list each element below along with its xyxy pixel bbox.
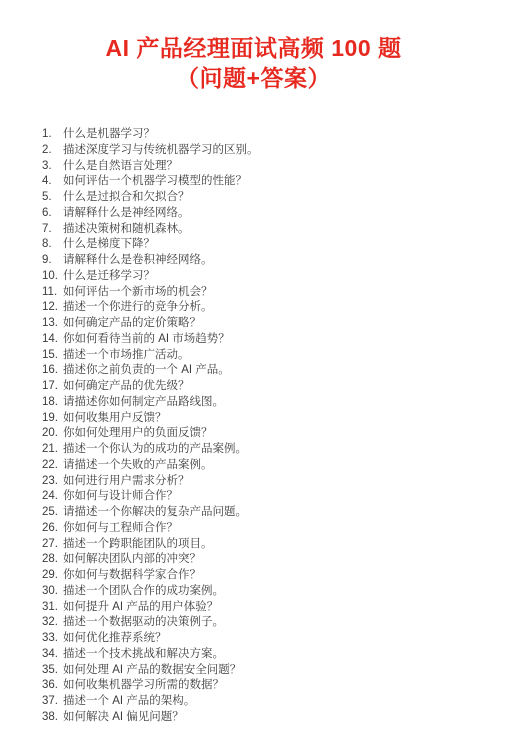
question-item: 18. 请描述你如何制定产品路线图。 — [42, 395, 507, 411]
question-item: 2. 描述深度学习与传统机器学习的区别。 — [42, 143, 507, 159]
question-text: 你如何与数据科学家合作？ — [63, 568, 507, 584]
question-number: 23. — [42, 474, 63, 490]
question-number: 3. — [42, 159, 63, 175]
question-item: 38. 如何解决 AI 偏见问题？ — [42, 710, 507, 726]
question-number: 21. — [42, 442, 63, 458]
document-title-line1: AI 产品经理面试高频 100 题 — [0, 33, 507, 63]
question-item: 37. 描述一个 AI 产品的架构。 — [42, 694, 507, 710]
question-text: 描述一个跨职能团队的项目。 — [63, 537, 507, 553]
question-number: 24. — [42, 489, 63, 505]
question-text: 如何处理 AI 产品的数据安全问题？ — [63, 663, 507, 679]
question-number: 5. — [42, 190, 63, 206]
question-number: 33. — [42, 631, 63, 647]
question-text: 描述一个 AI 产品的架构。 — [63, 694, 507, 710]
question-number: 27. — [42, 537, 63, 553]
question-text: 什么是机器学习？ — [63, 127, 507, 143]
question-item: 23. 如何进行用户需求分析？ — [42, 474, 507, 490]
question-item: 11. 如何评估一个新市场的机会？ — [42, 285, 507, 301]
question-number: 22. — [42, 458, 63, 474]
question-text: 请描述一个你解决的复杂产品问题。 — [63, 505, 507, 521]
question-text: 如何解决 AI 偏见问题？ — [63, 710, 507, 726]
question-text: 描述一个市场推广活动。 — [63, 348, 507, 364]
question-number: 14. — [42, 332, 63, 348]
question-number: 19. — [42, 411, 63, 427]
question-text: 如何评估一个机器学习模型的性能？ — [63, 174, 507, 190]
question-item: 24. 你如何与设计师合作？ — [42, 489, 507, 505]
question-item: 13. 如何确定产品的定价策略？ — [42, 316, 507, 332]
question-number: 8. — [42, 237, 63, 253]
question-number: 29. — [42, 568, 63, 584]
question-text: 如何进行用户需求分析？ — [63, 474, 507, 490]
question-text: 描述你之前负责的一个 AI 产品。 — [63, 363, 507, 379]
question-text: 如何收集用户反馈？ — [63, 411, 507, 427]
question-text: 什么是迁移学习？ — [63, 269, 507, 285]
question-item: 6. 请解释什么是神经网络。 — [42, 206, 507, 222]
question-text: 什么是过拟合和欠拟合？ — [63, 190, 507, 206]
question-item: 27. 描述一个跨职能团队的项目。 — [42, 537, 507, 553]
question-number: 9. — [42, 253, 63, 269]
question-item: 19. 如何收集用户反馈？ — [42, 411, 507, 427]
question-text: 如何收集机器学习所需的数据？ — [63, 678, 507, 694]
question-text: 如何优化推荐系统？ — [63, 631, 507, 647]
question-text: 描述决策树和随机森林。 — [63, 222, 507, 238]
question-text: 你如何处理用户的负面反馈？ — [63, 426, 507, 442]
question-number: 15. — [42, 348, 63, 364]
question-number: 28. — [42, 552, 63, 568]
question-number: 35. — [42, 663, 63, 679]
question-item: 3. 什么是自然语言处理？ — [42, 159, 507, 175]
question-text: 什么是自然语言处理？ — [63, 159, 507, 175]
question-text: 请描述你如何制定产品路线图。 — [63, 395, 507, 411]
question-text: 描述一个技术挑战和解决方案。 — [63, 647, 507, 663]
question-item: 7. 描述决策树和随机森林。 — [42, 222, 507, 238]
question-item: 17. 如何确定产品的优先级？ — [42, 379, 507, 395]
question-number: 26. — [42, 521, 63, 537]
question-item: 5. 什么是过拟合和欠拟合？ — [42, 190, 507, 206]
question-number: 10. — [42, 269, 63, 285]
question-item: 33. 如何优化推荐系统？ — [42, 631, 507, 647]
question-number: 38. — [42, 710, 63, 726]
question-number: 13. — [42, 316, 63, 332]
question-item: 34. 描述一个技术挑战和解决方案。 — [42, 647, 507, 663]
question-item: 8. 什么是梯度下降？ — [42, 237, 507, 253]
question-item: 15. 描述一个市场推广活动。 — [42, 348, 507, 364]
question-number: 12. — [42, 300, 63, 316]
question-item: 31. 如何提升 AI 产品的用户体验？ — [42, 600, 507, 616]
question-item: 20. 你如何处理用户的负面反馈？ — [42, 426, 507, 442]
question-item: 9. 请解释什么是卷积神经网络。 — [42, 253, 507, 269]
question-text: 请解释什么是神经网络。 — [63, 206, 507, 222]
question-number: 32. — [42, 615, 63, 631]
question-text: 如何确定产品的定价策略？ — [63, 316, 507, 332]
question-item: 29. 你如何与数据科学家合作？ — [42, 568, 507, 584]
question-text: 如何评估一个新市场的机会？ — [63, 285, 507, 301]
document-title-line2: （问题+答案） — [0, 63, 507, 93]
question-number: 11. — [42, 285, 63, 301]
question-number: 17. — [42, 379, 63, 395]
question-text: 什么是梯度下降？ — [63, 237, 507, 253]
question-number: 30. — [42, 584, 63, 600]
question-item: 16. 描述你之前负责的一个 AI 产品。 — [42, 363, 507, 379]
question-item: 25. 请描述一个你解决的复杂产品问题。 — [42, 505, 507, 521]
question-text: 请解释什么是卷积神经网络。 — [63, 253, 507, 269]
question-text: 如何解决团队内部的冲突？ — [63, 552, 507, 568]
question-number: 16. — [42, 363, 63, 379]
question-text: 你如何看待当前的 AI 市场趋势？ — [63, 332, 507, 348]
question-item: 22. 请描述一个失败的产品案例。 — [42, 458, 507, 474]
question-text: 描述深度学习与传统机器学习的区别。 — [63, 143, 507, 159]
question-number: 25. — [42, 505, 63, 521]
question-text: 请描述一个失败的产品案例。 — [63, 458, 507, 474]
question-text: 描述一个团队合作的成功案例。 — [63, 584, 507, 600]
question-number: 4. — [42, 174, 63, 190]
question-number: 7. — [42, 222, 63, 238]
question-item: 28. 如何解决团队内部的冲突？ — [42, 552, 507, 568]
question-item: 30. 描述一个团队合作的成功案例。 — [42, 584, 507, 600]
question-number: 1. — [42, 127, 63, 143]
question-item: 35. 如何处理 AI 产品的数据安全问题？ — [42, 663, 507, 679]
question-number: 36. — [42, 678, 63, 694]
question-number: 34. — [42, 647, 63, 663]
question-number: 2. — [42, 143, 63, 159]
question-text: 你如何与工程师合作？ — [63, 521, 507, 537]
question-item: 14. 你如何看待当前的 AI 市场趋势？ — [42, 332, 507, 348]
question-text: 描述一个你进行的竞争分析。 — [63, 300, 507, 316]
question-text: 如何确定产品的优先级？ — [63, 379, 507, 395]
question-item: 12. 描述一个你进行的竞争分析。 — [42, 300, 507, 316]
question-text: 描述一个数据驱动的决策例子。 — [63, 615, 507, 631]
question-number: 31. — [42, 600, 63, 616]
question-item: 32. 描述一个数据驱动的决策例子。 — [42, 615, 507, 631]
question-item: 36. 如何收集机器学习所需的数据？ — [42, 678, 507, 694]
question-number: 37. — [42, 694, 63, 710]
question-text: 你如何与设计师合作？ — [63, 489, 507, 505]
question-text: 如何提升 AI 产品的用户体验？ — [63, 600, 507, 616]
question-number: 18. — [42, 395, 63, 411]
question-item: 1. 什么是机器学习？ — [42, 127, 507, 143]
question-item: 4. 如何评估一个机器学习模型的性能？ — [42, 174, 507, 190]
question-text: 描述一个你认为的成功的产品案例。 — [63, 442, 507, 458]
question-item: 26. 你如何与工程师合作？ — [42, 521, 507, 537]
question-number: 6. — [42, 206, 63, 222]
question-item: 21. 描述一个你认为的成功的产品案例。 — [42, 442, 507, 458]
document-page: AI 产品经理面试高频 100 题 （问题+答案） 1. 什么是机器学习？ 2.… — [0, 0, 507, 733]
question-number: 20. — [42, 426, 63, 442]
question-list: 1. 什么是机器学习？ 2. 描述深度学习与传统机器学习的区别。 3. 什么是自… — [0, 127, 507, 726]
document-title: AI 产品经理面试高频 100 题 （问题+答案） — [0, 0, 507, 93]
question-item: 10. 什么是迁移学习？ — [42, 269, 507, 285]
